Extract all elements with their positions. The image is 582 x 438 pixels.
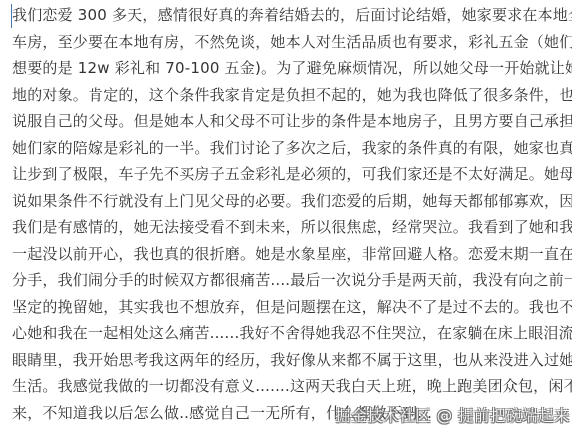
text-line: 她们家的陪嫁是彩礼的一半。我们讨论了多次之后，我家的条件真的有限，她家也真的	[12, 135, 572, 162]
text-line: 一起没以前开心，我也真的很折磨。她是水象星座，非常回避人格。恋爱末期一直在说	[12, 241, 572, 268]
text-line: 我们是有感情的，她无法接受看不到未来，所以很焦虑，经常哭泣。我看到了她和我在	[12, 214, 572, 241]
text-line: 生活。我感觉我做的一切都没有意义.......这两天我白天上班，晚上跑美团众包，…	[12, 373, 572, 400]
text-line: 想要的是 12w 彩礼和 70-100 五金)。为了避免麻烦情况，所以她父母一开…	[12, 55, 572, 82]
document-body: 我们恋爱 300 多天，感情很好真的奔着结婚去的，后面讨论结婚，她家要求在本地全…	[12, 2, 572, 426]
text-line: 车房，至少要在本地有房，不然免谈，她本人对生活品质也有要求，彩礼五金（她们家	[12, 29, 572, 56]
text-line: 眼睛里，我开始思考我这两年的经历，我好像从来都不属于这里，也从来没进入过她的	[12, 347, 572, 374]
text-line: 坚定的挽留她，其实我也不想放弃，但是问题摆在这，解决不了是过不去的。我也不忍	[12, 294, 572, 321]
text-line: 地的对象。肯定的，这个条件我家肯定是负担不起的，她为我也降低了很多条件，也去	[12, 82, 572, 109]
text-line: 说如果条件不行就没有上门见父母的必要。我们恋爱的后期，她每天都郁郁寡欢，因为	[12, 188, 572, 215]
text-line: 说服自己的父母。但是她本人和父母不可让步的条件是本地房子，且男方要自己承担，	[12, 108, 572, 135]
watermark: 掘金技术社区 @ 提前把碗端起来	[335, 404, 570, 426]
text-line: 心她和我在一起相处这么痛苦......我好不舍得她我忍不住哭泣，在家躺在床上眼泪…	[12, 320, 572, 347]
text-line: 让步到了极限，车子先不买房子五金彩礼是必须的，可我们家还是不太好满足。她母亲	[12, 161, 572, 188]
text-line: 我们恋爱 300 多天，感情很好真的奔着结婚去的，后面讨论结婚，她家要求在本地全…	[12, 2, 572, 29]
text-line: 分手，我们闹分手的时候双方都很痛苦....最后一次说分手是两天前，我没有向之前一…	[12, 267, 572, 294]
